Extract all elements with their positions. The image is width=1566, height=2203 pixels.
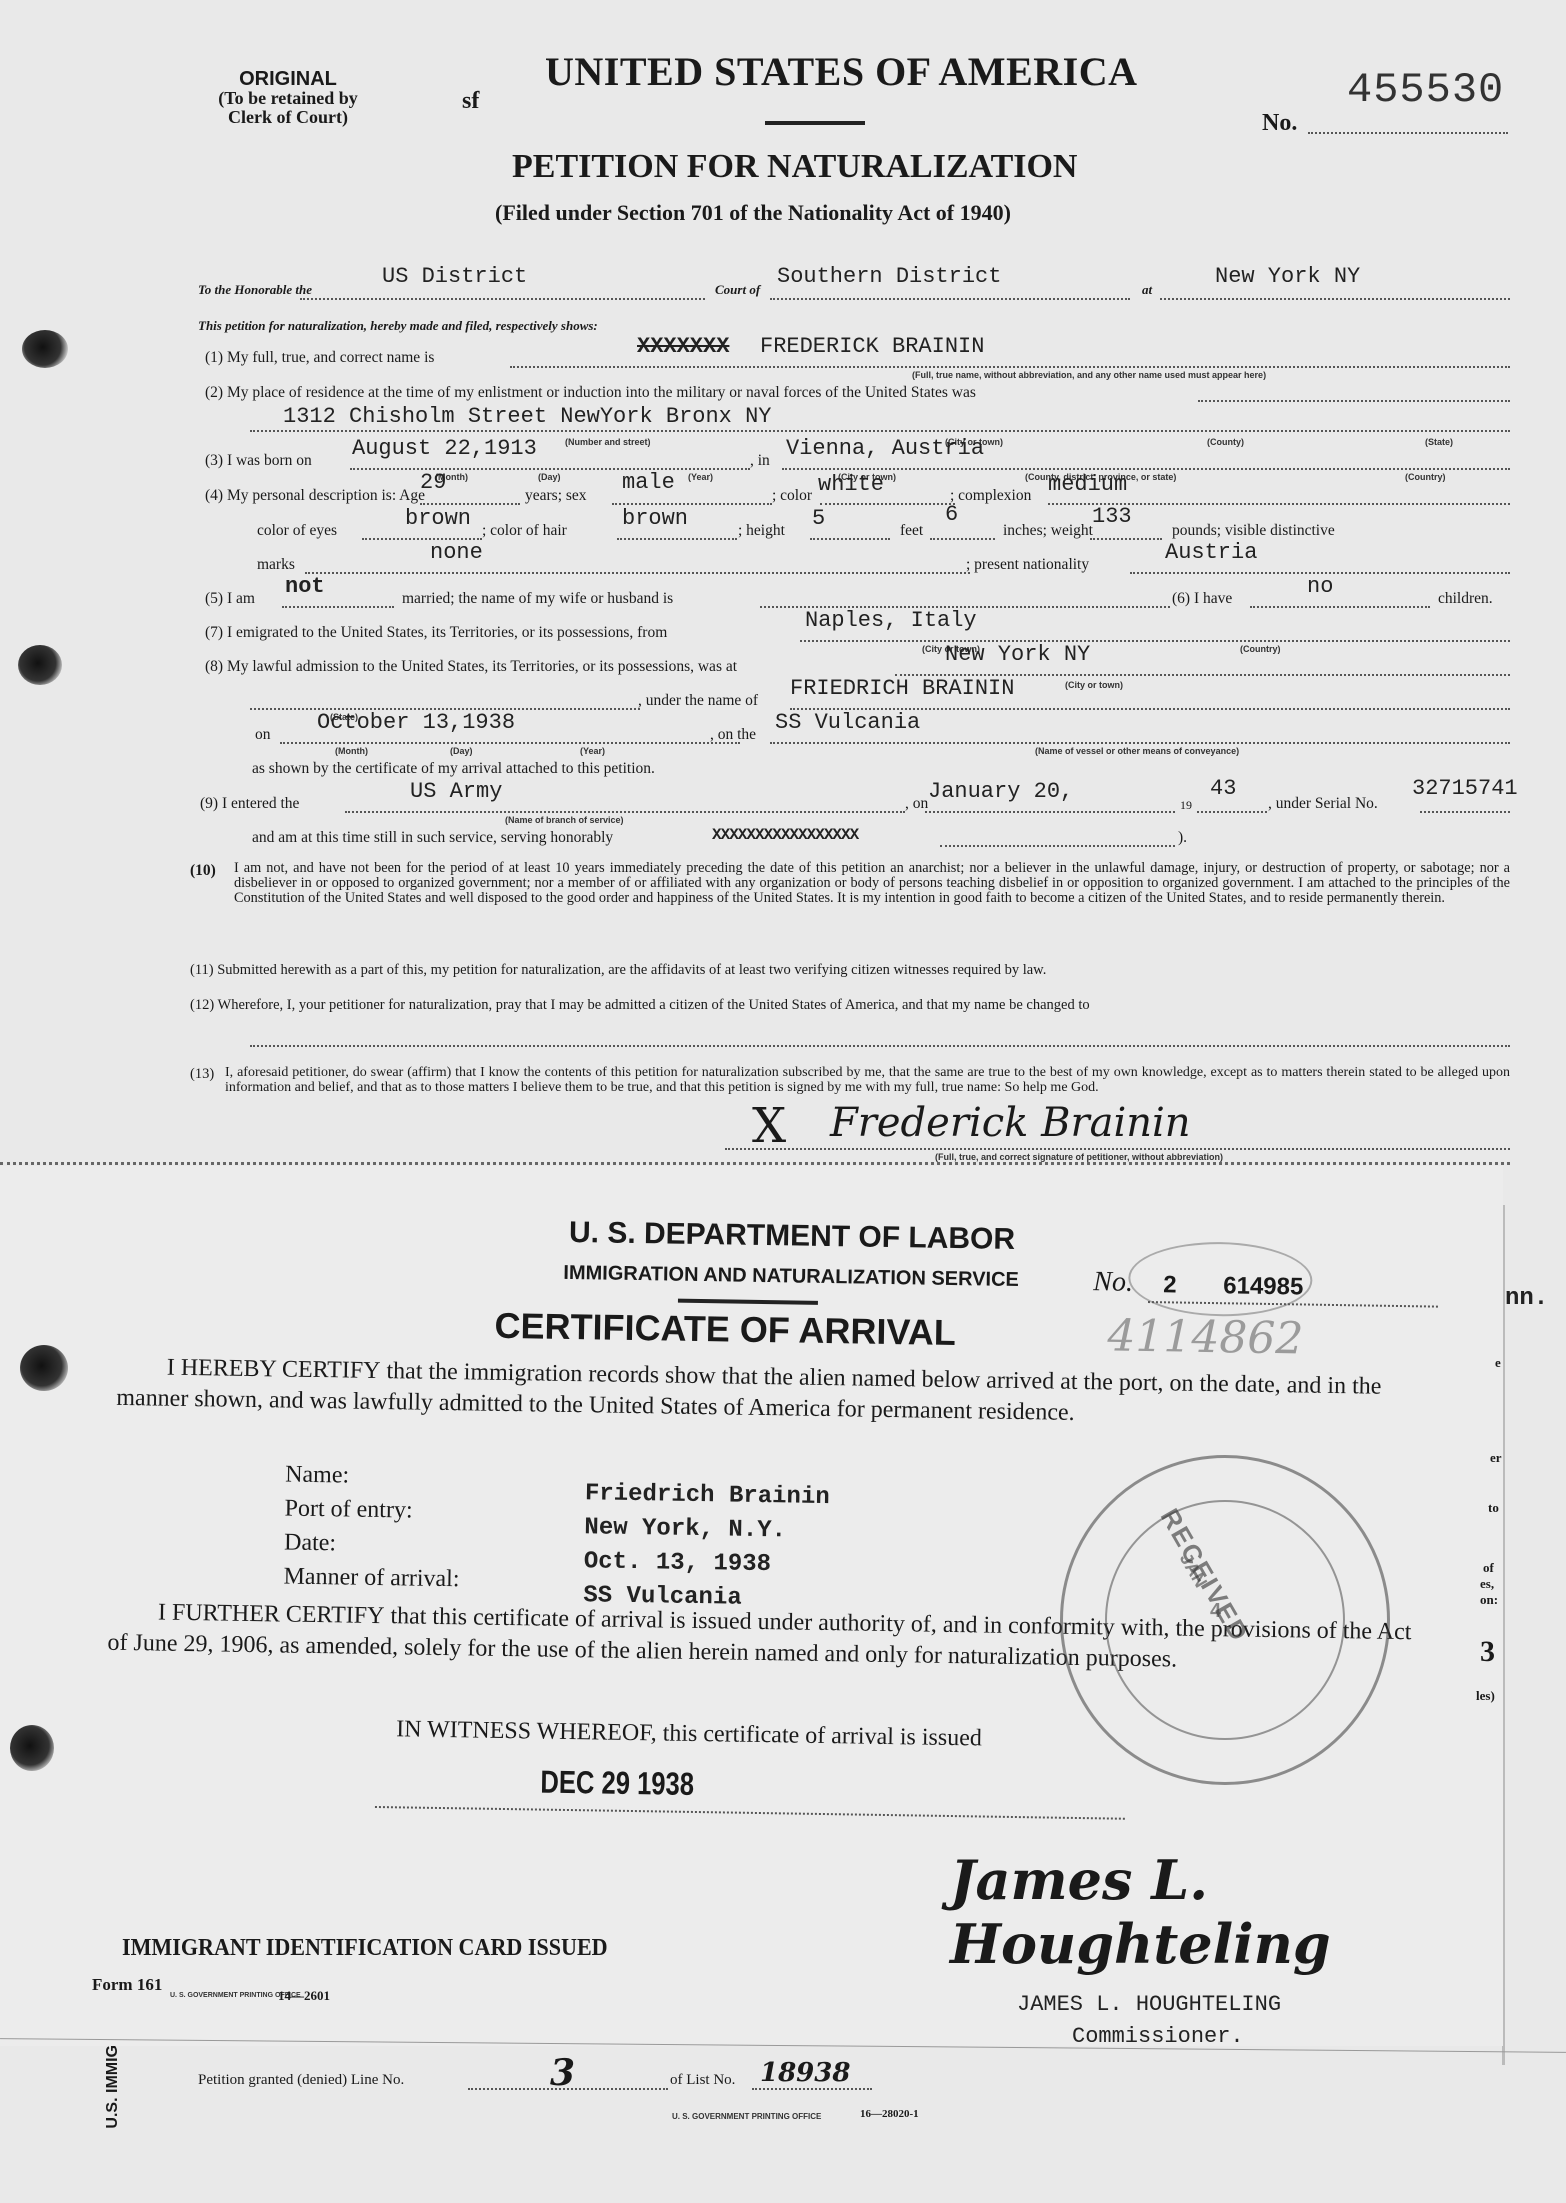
certificate-title: CERTIFICATE OF ARRIVAL [494,1305,956,1354]
sex-label: years; sex [525,487,587,505]
serial-number: 32715741 [1412,776,1518,801]
item-10-num: (10) [190,862,216,880]
court-location: New York NY [1215,264,1360,289]
item-12-text: (12) Wherefore, I, your petitioner for n… [190,997,1090,1014]
residence-line-b [250,430,1510,432]
admitted-name: FRIEDRICH BRAININ [790,676,1014,701]
emigrated-from: Naples, Italy [805,608,977,633]
further-certify-lead: I FURTHER CERTIFY [158,1600,385,1630]
witness-lead: IN WITNESS WHEREOF, [396,1716,657,1746]
country-heading: UNITED STATES OF AMERICA [545,48,1137,95]
margin-fragment: er [1490,1450,1502,1466]
witness-line: IN WITNESS WHEREOF, this certificate of … [396,1716,982,1752]
color-label: ; color [772,487,812,505]
margin-fragment: to [1488,1500,1499,1516]
entry-date: January 20, [928,779,1073,804]
nationality: Austria [1165,540,1257,565]
service-text: and am at this time still in such servic… [252,829,613,847]
note: (Country) [1405,472,1446,482]
form-number: Form 161 [92,1975,162,1995]
court-line [300,298,705,300]
item-13-num: (13) [190,1066,214,1083]
hair-label: ; color of hair [482,522,567,540]
list-number: 18938 [760,2058,850,2088]
in-label: , in [750,452,770,470]
arrival-date: Oct. 13, 1938 [584,1545,829,1583]
hair-line [617,538,737,540]
certify-paragraph: I HEREBY CERTIFY that the immigration re… [116,1352,1437,1435]
margin-fragment: e [1495,1355,1501,1371]
field-label-manner: Manner of arrival: [283,1560,459,1597]
date-of-birth: August 22,1913 [352,436,537,461]
issue-date-line [375,1806,1125,1820]
petition-number: 455530 [1347,66,1504,114]
note: (Year) [580,746,605,756]
heading-rule [678,1299,818,1305]
admission-date-line [280,742,740,744]
issue-date: DEC 29 1938 [540,1764,694,1803]
margin-fragment: es, [1480,1576,1494,1592]
note: (Name of branch of service) [505,815,624,825]
side-label: U.S. IMMIG [104,2045,122,2129]
dob-line [350,468,750,470]
margin-fragment: 3 [1480,1635,1495,1669]
emigrated-line [800,640,1510,642]
item-13-text: I, aforesaid petitioner, do swear (affir… [225,1065,1510,1095]
footer-printer-code: 16—28020-1 [860,2108,919,2120]
on-the-label: , on the [710,726,756,744]
under-name-label: , under the name of [638,692,758,710]
punch-hole [22,330,68,368]
location-line [1160,298,1510,300]
petitioner-signature: Frederick Brainin [830,1100,1191,1146]
handwritten-number: 4114862 [1107,1310,1304,1364]
age-line [420,503,520,505]
service-line [940,845,1175,847]
field-label-name: Name: [285,1458,461,1495]
residence: 1312 Chisholm Street NewYork Bronx NY [283,404,771,429]
note: (Day) [538,472,561,482]
margin-fragment: nn. [1505,1285,1548,1312]
petition-intro: This petition for naturalization, hereby… [198,318,598,334]
service-branch: US Army [410,779,502,804]
margin-fragment: on: [1480,1592,1498,1608]
note: (State) [1425,437,1453,447]
field-label-date: Date: [284,1526,460,1563]
list-number-label: of List No. [670,2072,735,2089]
item-11-text: (11) Submitted herewith as a part of thi… [190,962,1046,979]
item-5-label: (5) I am [205,590,255,608]
struck-name: XXXXXXX [637,334,729,359]
signature-note: (Full, true, and correct signature of pe… [935,1152,1223,1162]
struck-text: XXXXXXXXXXXXXXXXX [712,826,858,844]
vessel: SS Vulcania [775,710,920,735]
children-label: children. [1438,590,1493,608]
commissioner-name: JAMES L. HOUGHTELING [1017,1992,1281,2017]
department-heading: U. S. DEPARTMENT OF LABOR [569,1216,1016,1257]
district-line [770,298,1130,300]
item-10-text: I am not, and have not been for the peri… [234,861,1510,906]
note: (Day) [450,746,473,756]
original-note: ORIGINAL (To be retained by Clerk of Cou… [218,70,358,127]
court-name: US District [382,264,527,289]
entry-year: 43 [1210,776,1236,801]
name-note: (Full, true name, without abbreviation, … [912,370,1266,380]
height-inches: 6 [945,502,958,527]
signature-mark: X [752,1098,786,1154]
sex: male [622,470,675,495]
feet-line [810,538,890,540]
admission-place: New York NY [945,642,1090,667]
children-count: no [1307,574,1333,599]
item-4-label: (4) My personal description is: Age [205,487,425,505]
eye-color: brown [405,506,471,531]
branch-line [345,811,905,813]
inches-line [930,538,995,540]
height-label: ; height [738,522,785,540]
married-status: not [285,574,325,599]
arrival-labels: Name: Port of entry: Date: Manner of arr… [283,1458,461,1597]
item-3-label: (3) I was born on [205,452,312,470]
serial-line [1420,811,1510,813]
court-of-label: Court of [715,282,760,298]
marks: none [430,540,483,565]
footer-printer: U. S. GOVERNMENT PRINTING OFFICE [672,2112,821,2121]
height-feet: 5 [812,506,825,531]
field-label-port: Port of entry: [284,1492,460,1529]
eyes-label: color of eyes [257,522,337,540]
page-subtitle: (Filed under Section 701 of the National… [495,200,1011,226]
note: (Month) [335,746,368,756]
admission-date: October 13,1938 [317,710,515,735]
sf-mark: sf [462,88,479,115]
printer-code: 14—2601 [278,1988,330,2004]
at-label: at [1142,282,1152,298]
pounds-label: pounds; visible distinctive [1172,522,1335,540]
arrival-port: New York, N.Y. [584,1511,829,1549]
sex-line [612,503,772,505]
note: (Country) [1240,644,1281,654]
birthplace: Vienna, Austria [786,436,984,461]
note: (Number and street) [565,437,651,447]
residence-line-a [1198,400,1510,402]
heading-rule [765,121,865,125]
nationality-label: ; present nationality [966,556,1089,574]
item-7-label: (7) I emigrated to the United States, it… [205,624,667,642]
hair-color: brown [622,506,688,531]
item-2-label: (2) My place of residence at the time of… [205,384,976,402]
inches-label: inches; weight [1003,522,1093,540]
color-line [820,503,955,505]
item-9-label: (9) I entered the [200,795,299,813]
list-number-line [752,2088,872,2090]
complexion-label: ; complexion [950,487,1031,505]
certificate-number-label: No. [1093,1266,1133,1299]
married-line [282,606,394,608]
witness-text: this certificate of arrival is issued [662,1720,982,1751]
district: Southern District [777,264,1001,289]
entry-year-line [1197,811,1267,813]
petition-granted-label: Petition granted (denied) Line No. [198,2072,404,2089]
children-line [1250,606,1430,608]
note: (Name of vessel or other means of convey… [1035,746,1239,756]
stamp-day: 4 [1210,1600,1221,1623]
entry-date-line [925,811,1175,813]
age: 29 [420,470,446,495]
weight: 133 [1092,504,1132,529]
feet-label: feet [900,522,923,540]
spouse-label: married; the name of my wife or husband … [402,590,673,608]
weight-line [1090,538,1162,540]
arrival-values: Friedrich Brainin New York, N.Y. Oct. 13… [583,1477,830,1617]
commissioner-signature: James L. Houghteling [950,1848,1566,1976]
note: (Year) [688,472,713,482]
petition-number-label: No. [1262,110,1297,137]
service-heading: IMMIGRATION AND NATURALIZATION SERVICE [563,1262,1019,1292]
item-1-label: (1) My full, true, and correct name is [205,349,434,367]
court-prefix: To the Honorable the [198,282,312,298]
margin-fragment: of [1483,1560,1494,1576]
color: white [818,472,884,497]
note: (City or town) [1065,680,1123,690]
year-prefix: 19 [1180,798,1192,813]
punch-hole [18,645,62,685]
signature-line [725,1148,1510,1150]
complexion: medium [1048,472,1127,497]
commissioner-title: Commissioner. [1072,2024,1244,2049]
certificate-edge [0,1162,1510,1165]
number-circle [1128,1241,1313,1318]
marks-label: marks [257,556,295,574]
vessel-line [770,742,1510,744]
birthplace-line [782,468,1510,470]
serial-label: , under Serial No. [1268,795,1378,813]
item-6-label: (6) I have [1172,590,1232,608]
margin-fragment: les) [1476,1688,1495,1704]
close-paren: ). [1178,829,1187,847]
marks-line [305,572,970,574]
note: (County) [1207,437,1244,447]
page-title: PETITION FOR NATURALIZATION [512,148,1077,186]
arrival-cert-text: as shown by the certificate of my arriva… [252,760,655,778]
id-card-issued: IMMIGRANT IDENTIFICATION CARD ISSUED [122,1935,608,1962]
petition-number-line [1308,132,1508,134]
certify-lead: I HEREBY CERTIFY [167,1355,381,1384]
name-line [510,366,1510,368]
full-name: FREDERICK BRAININ [760,334,984,359]
on-label: on [255,726,271,744]
arrival-name: Friedrich Brainin [585,1477,830,1515]
line-number: 3 [550,2052,575,2094]
item-8-label: (8) My lawful admission to the United St… [205,658,737,676]
name-change-line [250,1045,1510,1047]
